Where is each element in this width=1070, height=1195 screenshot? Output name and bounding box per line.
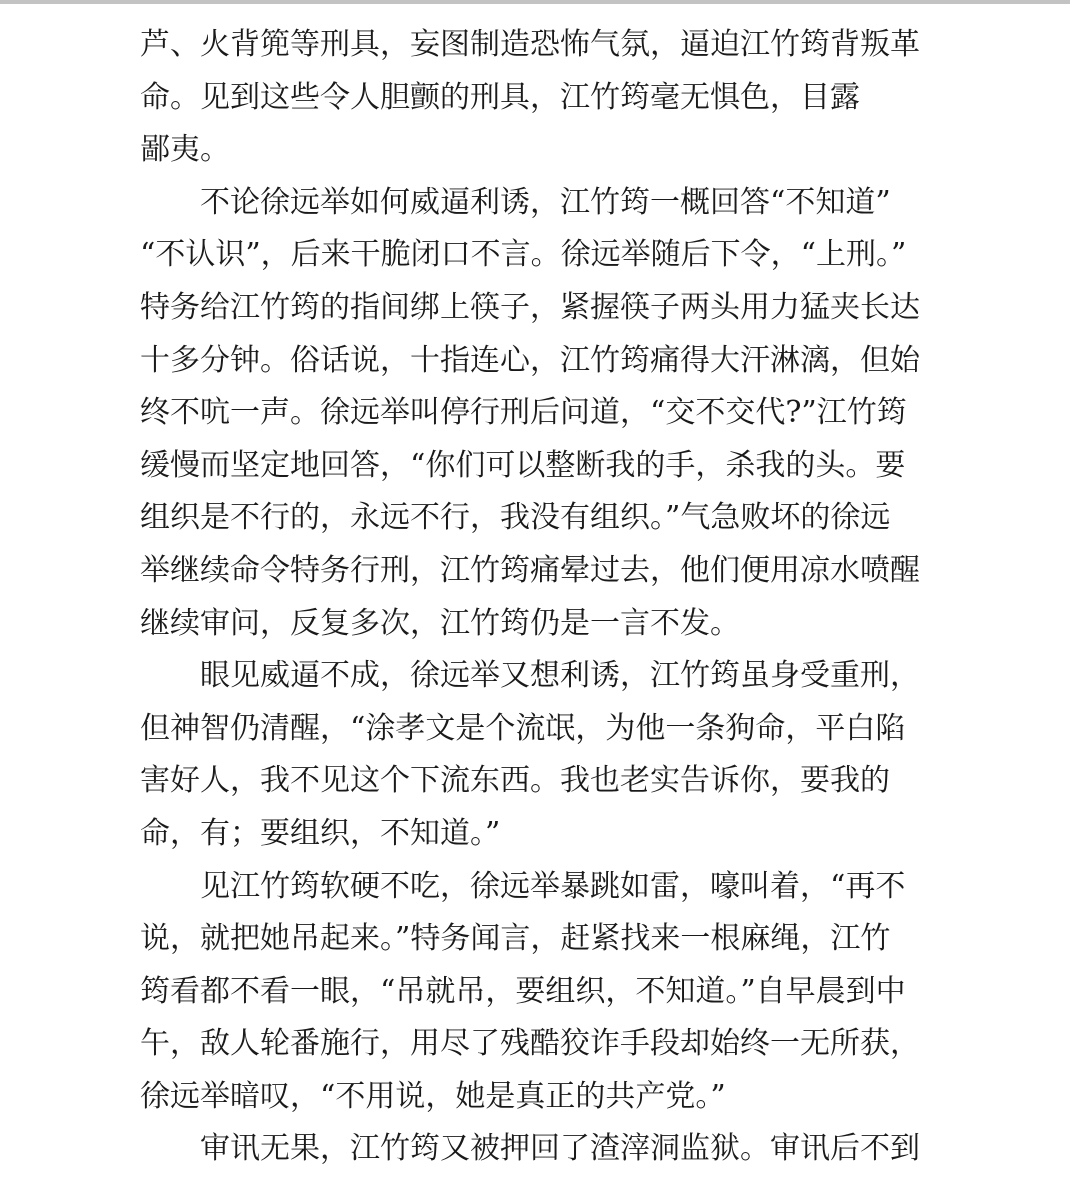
text-line: 审讯无果，江竹筠又被押回了渣滓洞监狱。审讯后不到 (140, 1123, 936, 1176)
text-line: 终不吭一声。徐远举叫停行刑后问道，“交不交代?”江竹筠 (140, 387, 936, 440)
text-block: 芦、火背篼等刑具，妄图制造恐怖气氛，逼迫江竹筠背叛革命。见到这些令人胆颤的刑具，… (140, 19, 936, 1176)
text-line: 命，有；要组织，不知道。” (140, 808, 936, 861)
text-line: 眼见威逼不成，徐远举又想利诱，江竹筠虽身受重刑， (140, 650, 936, 703)
text-line: 午，敌人轮番施行，用尽了残酷狡诈手段却始终一无所获， (140, 1018, 936, 1071)
text-line: 举继续命令特务行刑，江竹筠痛晕过去，他们便用凉水喷醒 (140, 545, 936, 598)
scan-top-edge (0, 0, 1070, 4)
text-line: “不认识”，后来干脆闭口不言。徐远举随后下令，“上刑。” (140, 229, 936, 282)
text-line: 缓慢而坚定地回答，“你们可以整断我的手，杀我的头。要 (140, 440, 936, 493)
text-line: 特务给江竹筠的指间绑上筷子，紧握筷子两头用力猛夹长达 (140, 282, 936, 335)
text-line: 见江竹筠软硬不吃，徐远举暴跳如雷，嚎叫着，“再不 (140, 861, 936, 914)
text-line: 害好人，我不见这个下流东西。我也老实告诉你，要我的 (140, 755, 936, 808)
text-line: 十多分钟。俗话说，十指连心，江竹筠痛得大汗淋漓，但始 (140, 335, 936, 388)
text-line: 命。见到这些令人胆颤的刑具，江竹筠毫无惧色，目露 (140, 72, 936, 125)
text-line: 继续审问，反复多次，江竹筠仍是一言不发。 (140, 598, 936, 651)
text-line: 不论徐远举如何威逼利诱，江竹筠一概回答“不知道” (140, 177, 936, 230)
text-line: 说，就把她吊起来。”特务闻言，赶紧找来一根麻绳，江竹 (140, 913, 936, 966)
scanned-page: 芦、火背篼等刑具，妄图制造恐怖气氛，逼迫江竹筠背叛革命。见到这些令人胆颤的刑具，… (0, 0, 1070, 1195)
text-line: 徐远举暗叹，“不用说，她是真正的共产党。” (140, 1071, 936, 1124)
text-line: 芦、火背篼等刑具，妄图制造恐怖气氛，逼迫江竹筠背叛革 (140, 19, 936, 72)
text-line: 组织是不行的，永远不行，我没有组织。”气急败坏的徐远 (140, 492, 936, 545)
text-line: 但神智仍清醒，“涂孝文是个流氓，为他一条狗命，平白陷 (140, 703, 936, 756)
text-line: 鄙夷。 (140, 124, 936, 177)
text-line: 筠看都不看一眼，“吊就吊，要组织，不知道。”自早晨到中 (140, 966, 936, 1019)
